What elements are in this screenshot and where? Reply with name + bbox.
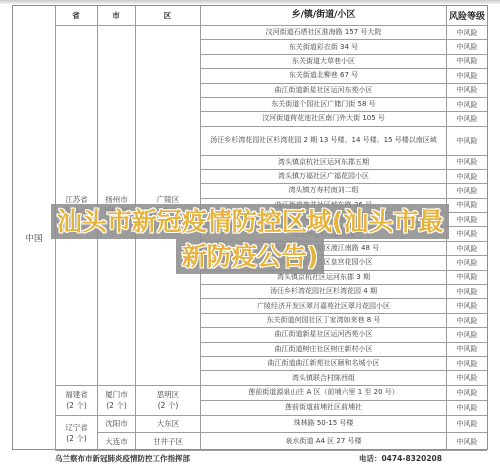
- table-header-row: 省市区乡/镇/街道/小区风险等级: [13, 6, 487, 26]
- city-group: 厦门市(2 个)思明区(2 个)莲前街道源泉山庄 A 区（前埔六里 1 至 20…: [98, 386, 487, 416]
- province-group: 辽宁省(2 个)沈阳市大东区珠林路 50-15 号楼中风险大连市甘井子区泉水街道…: [56, 416, 487, 451]
- district-groups: 甘井子区泉水街道 A4 区 27 号楼中风险: [136, 433, 487, 451]
- area-cell: 广陵经济开发区翠月嘉苑社区翠月花园小区: [201, 299, 447, 313]
- watermark-line-2: 新防疫公告): [176, 239, 324, 274]
- area-row: 东关街道大草巷小区中风险: [201, 55, 487, 69]
- area-row: 曲江街道新星社区运河东苑小区中风险: [201, 84, 487, 98]
- area-cell: 珠林路 50-15 号楼: [201, 416, 447, 434]
- area-cell: 汶河街道石塔社区淮海路 157 号大院: [201, 26, 447, 40]
- area-cell: 东关街道何园社区丁家湾如来巷 8 号: [201, 314, 447, 328]
- area-cell: 莲前街道源泉山庄 A 区（前埔六里 1 至 20 号）: [201, 386, 447, 401]
- area-row: 汶河街道石塔社区淮海路 157 号大院中风险: [201, 26, 487, 40]
- city-cell: 厦门市(2 个): [98, 386, 136, 416]
- area-rows: 珠林路 50-15 号楼中风险: [201, 416, 487, 434]
- header-cell-area: 乡/镇/街道/小区: [201, 6, 447, 26]
- risk-cell: 中风险: [447, 127, 487, 156]
- area-row: 广陵经济开发区翠月嘉苑社区翠月花园小区中风险: [201, 299, 487, 313]
- area-cell: 曲江街道曲江新苑社区颐和名城小区: [201, 357, 447, 371]
- city-groups: 厦门市(2 个)思明区(2 个)莲前街道源泉山庄 A 区（前埔六里 1 至 20…: [98, 386, 487, 416]
- page-top-edge: [0, 0, 500, 4]
- area-rows: 莲前街道源泉山庄 A 区（前埔六里 1 至 20 号）中风险莲前街道前埔社区前埔…: [201, 386, 487, 416]
- risk-cell: 中风险: [447, 69, 487, 83]
- header-cell-province: 省: [56, 6, 98, 26]
- area-cell: 东关街道个园社区广储门街 58 号: [201, 98, 447, 112]
- risk-cell: 中风险: [447, 357, 487, 371]
- header-cell-district: 区: [136, 6, 201, 26]
- area-cell: 汶河街道荷花池社区南门外大街 105 号: [201, 112, 447, 126]
- city-group: 沈阳市大东区珠林路 50-15 号楼中风险: [98, 416, 487, 434]
- district-group: 甘井子区泉水街道 A4 区 27 号楼中风险: [136, 433, 487, 451]
- area-row: 曲江街道新星社区运河西苑小区中风险: [201, 328, 487, 342]
- header-cell-risk-level: 风险等级: [447, 6, 487, 26]
- area-cell: 湾头镇京杭社区运河东郡五期: [201, 156, 447, 170]
- area-row: 泉水街道 A4 区 27 号楼中风险: [201, 433, 487, 451]
- district-groups: 思明区(2 个)莲前街道源泉山庄 A 区（前埔六里 1 至 20 号）中风险莲前…: [136, 386, 487, 416]
- risk-cell: 中风险: [447, 55, 487, 69]
- city-group: 大连市甘井子区泉水街道 A4 区 27 号楼中风险: [98, 433, 487, 451]
- header-cell-blank: [13, 6, 56, 26]
- city-groups: 沈阳市大东区珠林路 50-15 号楼中风险大连市甘井子区泉水街道 A4 区 27…: [98, 416, 487, 451]
- risk-cell: 中风险: [447, 170, 487, 184]
- risk-cell: 中风险: [447, 343, 487, 357]
- area-cell: 莲前街道前埔社区前埔社: [201, 401, 447, 416]
- risk-cell: 中风险: [447, 386, 487, 401]
- risk-cell: 中风险: [447, 433, 487, 451]
- district-groups: 大东区珠林路 50-15 号楼中风险: [136, 416, 487, 434]
- watermark-line-1: 汕头市新冠疫情防控区域(汕头市最: [51, 204, 449, 239]
- area-cell: 湾头镇万福社区广福花园小区: [201, 170, 447, 184]
- city-cell: 沈阳市: [98, 416, 136, 434]
- area-row: 汶河街道荷花池社区南门外大街 105 号中风险: [201, 112, 487, 126]
- area-row: 湾头镇京杭社区运河东郡五期中风险: [201, 156, 487, 170]
- area-cell: 东关街道彩衣街 34 号: [201, 40, 447, 54]
- area-row: 东关街道彩衣街 34 号中风险: [201, 40, 487, 54]
- district-cell: 大东区: [136, 416, 201, 434]
- area-row: 曲江街道树庄社区树庄新村小区中风险: [201, 343, 487, 357]
- risk-cell: 中风险: [447, 84, 487, 98]
- area-row: 汤汪乡杉湾花园社区杉湾花园 2 期 13 号楼、14 号楼、15 号楼以南区域中…: [201, 127, 487, 156]
- area-row: 汤汪乡杉湾花园社区杉湾花园 4 期中风险: [201, 285, 487, 299]
- risk-cell: 中风险: [447, 40, 487, 54]
- area-row: 湾头镇万寿村南刘二组中风险: [201, 184, 487, 198]
- city-cell: 大连市: [98, 433, 136, 451]
- area-row: 莲前街道源泉山庄 A 区（前埔六里 1 至 20 号）中风险: [201, 386, 487, 401]
- risk-cell: 中风险: [447, 156, 487, 170]
- area-cell: 湾头镇联合村陈西组: [201, 371, 447, 385]
- district-cell: 甘井子区: [136, 433, 201, 451]
- district-cell: 思明区(2 个): [136, 386, 201, 416]
- risk-cell: 中风险: [447, 98, 487, 112]
- risk-cell: 中风险: [447, 299, 487, 313]
- footer: 乌兰察布市新冠肺炎疫情防控工作指挥部 电话：0474-8320208: [12, 453, 488, 464]
- area-row: 东关街道个园社区广储门街 58 号中风险: [201, 98, 487, 112]
- area-row: 珠林路 50-15 号楼中风险: [201, 416, 487, 434]
- risk-cell: 中风险: [447, 184, 487, 198]
- risk-cell: 中风险: [447, 26, 487, 40]
- risk-cell: 中风险: [447, 328, 487, 342]
- area-cell: 曲江街道新星社区运河西苑小区: [201, 328, 447, 342]
- area-cell: 湾头镇万寿村南刘二组: [201, 184, 447, 198]
- area-row: 湾头镇万福社区广福花园小区中风险: [201, 170, 487, 184]
- area-row: 曲江街道曲江新苑社区颐和名城小区中风险: [201, 357, 487, 371]
- area-cell: 泉水街道 A4 区 27 号楼: [201, 433, 447, 451]
- header-cell-city: 市: [98, 6, 136, 26]
- risk-cell: 中风险: [447, 112, 487, 126]
- district-group: 大东区珠林路 50-15 号楼中风险: [136, 416, 487, 434]
- province-cell: 福建省(2 个): [56, 386, 98, 416]
- district-group: 思明区(2 个)莲前街道源泉山庄 A 区（前埔六里 1 至 20 号）中风险莲前…: [136, 386, 487, 416]
- area-cell: 汤汪乡杉湾花园社区杉湾花园 2 期 13 号楼、14 号楼、15 号楼以南区域: [201, 127, 447, 156]
- risk-cell: 中风险: [447, 285, 487, 299]
- province-cell: 辽宁省(2 个): [56, 416, 98, 451]
- area-cell: 曲江街道树庄社区树庄新村小区: [201, 343, 447, 357]
- risk-cell: 中风险: [447, 314, 487, 328]
- area-row: 东关街道北柳巷 67 号中风险: [201, 69, 487, 83]
- area-cell: 东关街道大草巷小区: [201, 55, 447, 69]
- footer-issuer: 乌兰察布市新冠肺炎疫情防控工作指挥部: [55, 453, 190, 464]
- watermark: 汕头市新冠疫情防控区域(汕头市最 新防疫公告): [40, 204, 460, 274]
- area-cell: 曲江街道新星社区运河东苑小区: [201, 84, 447, 98]
- area-row: 湾头镇联合村陈西组中风险: [201, 371, 487, 385]
- risk-cell: 中风险: [447, 401, 487, 416]
- area-rows: 泉水街道 A4 区 27 号楼中风险: [201, 433, 487, 451]
- risk-cell: 中风险: [447, 371, 487, 385]
- area-row: 莲前街道前埔社区前埔社中风险: [201, 401, 487, 416]
- area-row: 东关街道何园社区丁家湾如来巷 8 号中风险: [201, 314, 487, 328]
- area-cell: 汤汪乡杉湾花园社区杉湾花园 4 期: [201, 285, 447, 299]
- province-group: 福建省(2 个)厦门市(2 个)思明区(2 个)莲前街道源泉山庄 A 区（前埔六…: [56, 386, 487, 416]
- footer-phone: 电话：0474-8320208: [359, 453, 442, 464]
- risk-cell: 中风险: [447, 416, 487, 434]
- area-cell: 东关街道北柳巷 67 号: [201, 69, 447, 83]
